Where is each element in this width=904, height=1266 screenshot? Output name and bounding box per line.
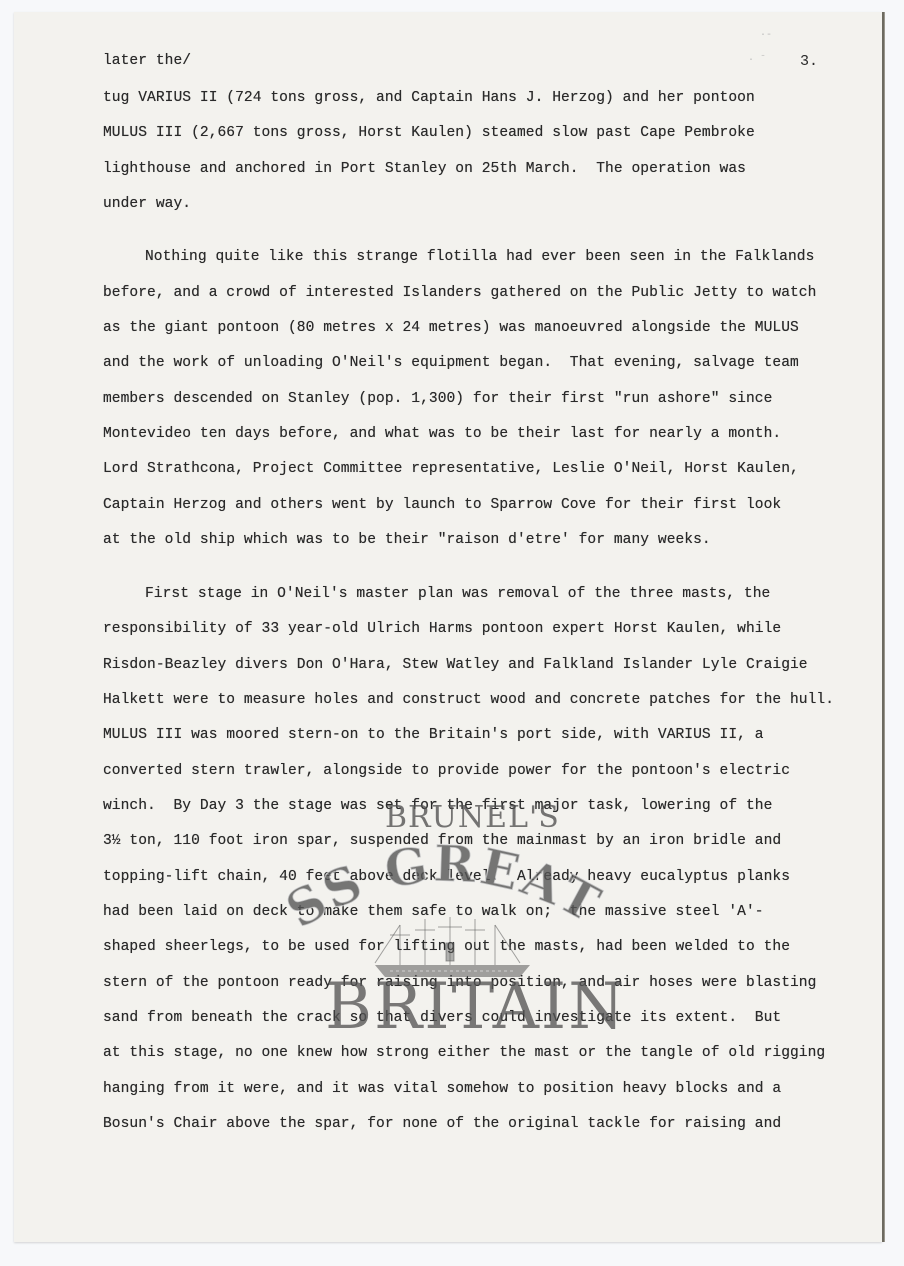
text-line: MULUS III was moored stern-on to the Bri… [103, 727, 764, 743]
text-line: Halkett were to measure holes and constr… [103, 692, 834, 708]
text-line: at this stage, no one knew how strong ei… [103, 1045, 825, 1061]
text-line: at the old ship which was to be their "r… [103, 532, 711, 548]
text-line: MULUS III (2,667 tons gross, Horst Kaule… [103, 125, 755, 141]
text-line: responsibility of 33 year-old Ulrich Har… [103, 621, 781, 637]
text-line: First stage in O'Neil's master plan was … [145, 586, 770, 602]
text-line: shaped sheerlegs, to be used for lifting… [103, 939, 790, 955]
text-line: winch. By Day 3 the stage was set for th… [103, 798, 772, 814]
text-line: under way. [103, 196, 191, 212]
text-line: as the giant pontoon (80 metres x 24 met… [103, 320, 799, 336]
text-line: members descended on Stanley (pop. 1,300… [103, 391, 772, 407]
text-line: had been laid on deck to make them safe … [103, 904, 764, 920]
ink-smudge: · ˉ [748, 55, 766, 66]
page-number: 3. [800, 53, 818, 70]
text-line: stern of the pontoon ready for raising i… [103, 975, 816, 991]
text-line: and the work of unloading O'Neil's equip… [103, 355, 799, 371]
text-line: sand from beneath the crack so that dive… [103, 1010, 781, 1026]
text-line: converted stern trawler, alongside to pr… [103, 763, 790, 779]
text-line: Risdon-Beazley divers Don O'Hara, Stew W… [103, 657, 808, 673]
text-line: Montevideo ten days before, and what was… [103, 426, 781, 442]
text-line: Bosun's Chair above the spar, for none o… [103, 1116, 781, 1132]
text-line: 3½ ton, 110 foot iron spar, suspended fr… [103, 833, 781, 849]
text-line: Nothing quite like this strange flotilla… [145, 249, 814, 265]
text-line: later the/ [103, 53, 191, 69]
ink-smudge: ·- [760, 30, 772, 41]
text-line: before, and a crowd of interested Island… [103, 285, 816, 301]
text-line: tug VARIUS II (724 tons gross, and Capta… [103, 90, 755, 106]
text-line: lighthouse and anchored in Port Stanley … [103, 161, 746, 177]
text-line: topping-lift chain, 40 feet above deck l… [103, 869, 790, 885]
text-line: Lord Strathcona, Project Committee repre… [103, 461, 799, 477]
text-line: Captain Herzog and others went by launch… [103, 497, 781, 513]
text-line: hanging from it were, and it was vital s… [103, 1081, 781, 1097]
